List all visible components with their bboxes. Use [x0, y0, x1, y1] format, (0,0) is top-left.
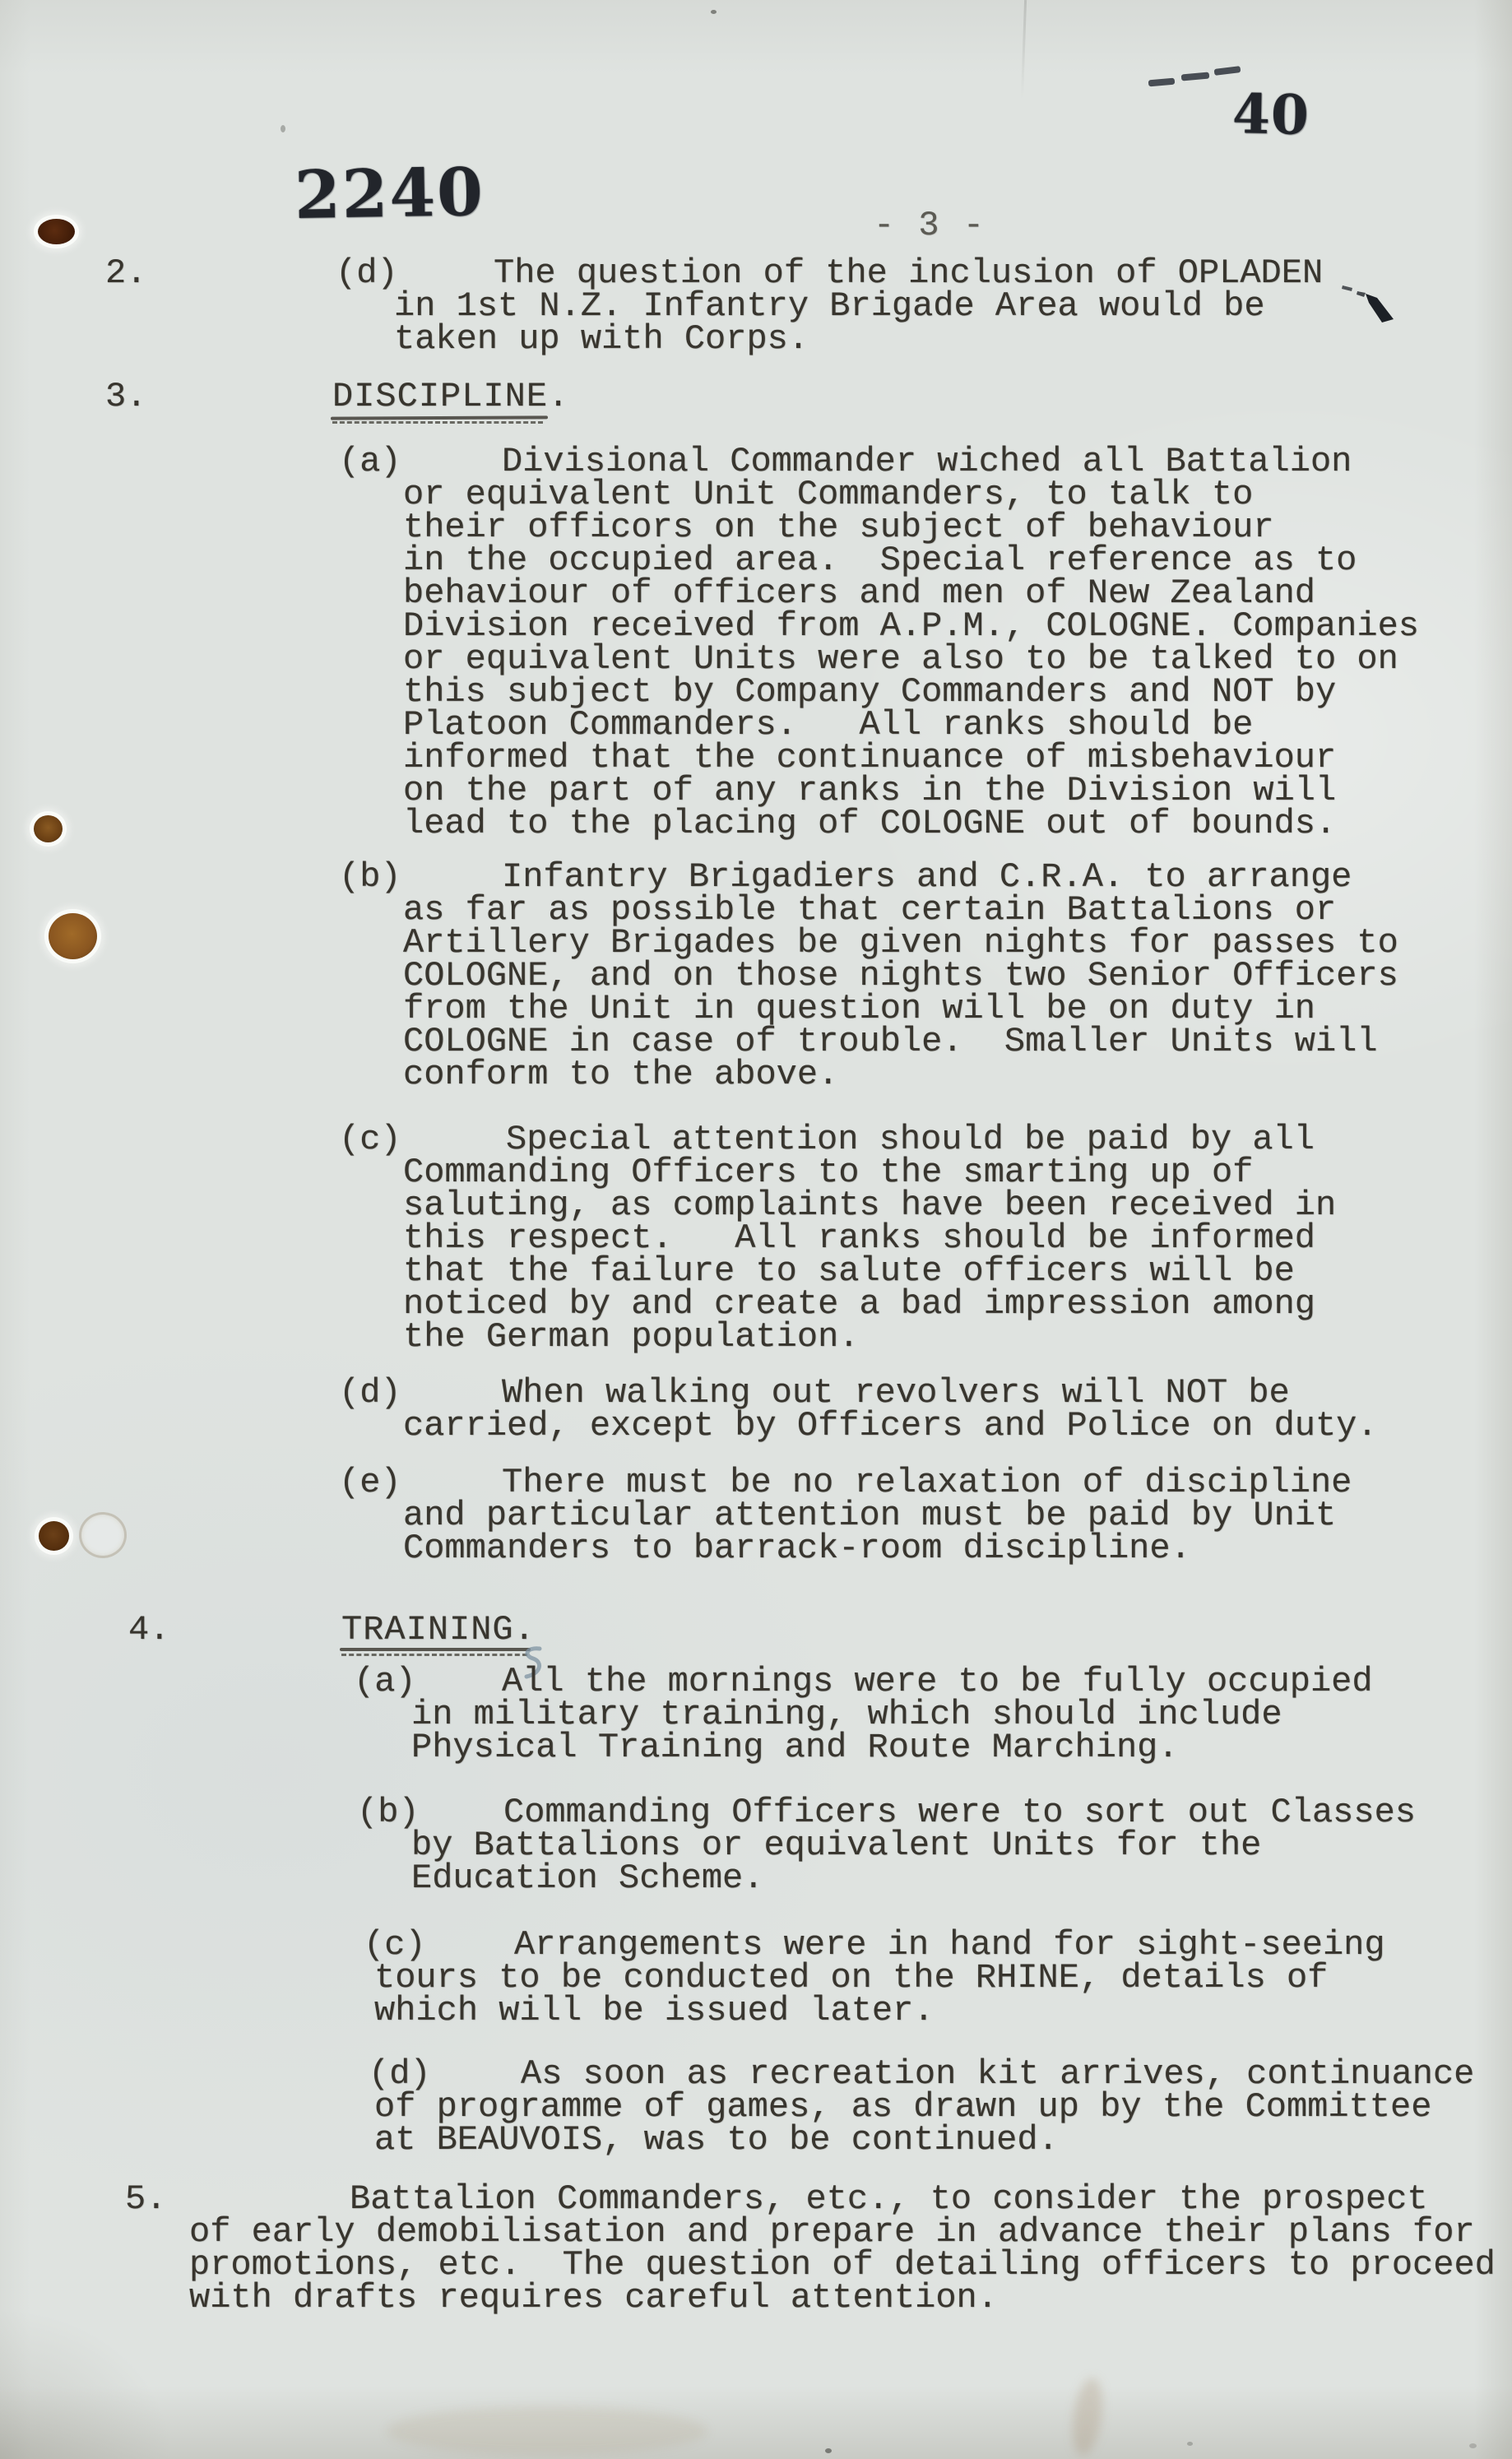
- text-line: of programme of games, as drawn up by th…: [374, 2090, 1474, 2123]
- text-line: on the part of any ranks in the Division…: [403, 774, 1419, 807]
- text-line: informed that the continuance of misbeha…: [403, 741, 1419, 774]
- text-line: at BEAUVOIS, was to be continued.: [374, 2123, 1474, 2156]
- ink-arrow-mark: [1341, 280, 1397, 326]
- text-line: in the occupied area. Special reference …: [403, 544, 1419, 577]
- paragraph: As soon as recreation kit arrives, conti…: [374, 2058, 1474, 2156]
- text-line: in 1st N.Z. Infantry Brigade Area would …: [394, 290, 1323, 322]
- text-line: this subject by Company Commanders and N…: [403, 675, 1419, 708]
- text-line: Special attention should be paid by all: [506, 1123, 1336, 1156]
- text-line: as far as possible that certain Battalio…: [403, 893, 1398, 926]
- page-stamp: 40: [1231, 81, 1310, 147]
- text-line: Commanders to barrack-room discipline.: [403, 1532, 1352, 1565]
- paper-speck: [1469, 2443, 1477, 2448]
- text-line: which will be issued later.: [374, 1994, 1385, 2027]
- section-number: 2.: [105, 257, 146, 290]
- item-label: (a): [354, 1665, 416, 1698]
- text-line: carried, except by Officers and Police o…: [403, 1409, 1378, 1442]
- text-line: by Battalions or equivalent Units for th…: [411, 1829, 1416, 1862]
- paper-smudge: [1069, 2376, 1107, 2457]
- text-line: this respect. All ranks should be inform…: [403, 1222, 1336, 1255]
- paragraph: There must be no relaxation of disciplin…: [403, 1466, 1352, 1565]
- text-line: Platoon Commanders. All ranks should be: [403, 708, 1419, 741]
- paragraph: Commanding Officers were to sort out Cla…: [411, 1796, 1416, 1895]
- text-line: Artillery Brigades be given nights for p…: [403, 926, 1398, 959]
- ring-stain: [79, 1512, 127, 1558]
- text-line: with drafts requires careful attention.: [189, 2281, 1496, 2314]
- ink-stain: [49, 913, 97, 959]
- paper-speck: [281, 125, 285, 132]
- document-number-stamp: 2240: [294, 153, 485, 234]
- heading-underline: [341, 1654, 527, 1656]
- text-line: the German population.: [403, 1320, 1336, 1353]
- ink-stain: [39, 1521, 69, 1551]
- text-line: in military training, which should inclu…: [411, 1698, 1373, 1731]
- section-number: 5.: [125, 2183, 166, 2215]
- item-label: (d): [339, 1376, 401, 1409]
- text-line: Battalion Commanders, etc., to consider …: [350, 2183, 1496, 2215]
- paragraph: Divisional Commander wiched all Battalio…: [403, 445, 1419, 840]
- text-line: or equivalent Units were also to be talk…: [403, 643, 1419, 675]
- paragraph: Special attention should be paid by allC…: [403, 1123, 1336, 1353]
- ink-stain: [34, 815, 63, 842]
- section-number: 3.: [105, 380, 146, 413]
- text-line: from the Unit in question will be on dut…: [403, 992, 1398, 1025]
- text-line: of early demobilisation and prepare in a…: [189, 2215, 1496, 2248]
- text-line: taken up with Corps.: [394, 322, 1323, 355]
- paper-smudge: [387, 2406, 707, 2456]
- scanned-document-page: { "colors": { "paper": "#dfe3e0", "typew…: [0, 0, 1512, 2459]
- text-line: All the mornings were to be fully occupi…: [502, 1665, 1373, 1698]
- paragraph: All the mornings were to be fully occupi…: [411, 1665, 1373, 1764]
- paper-speck: [711, 10, 717, 14]
- paragraph: Arrangements were in hand for sight-seei…: [374, 1928, 1385, 2027]
- pencil-dash-icon: [1181, 72, 1210, 81]
- paper-speck: [825, 2448, 832, 2453]
- text-line: tours to be conducted on the RHINE, deta…: [374, 1961, 1385, 1994]
- text-line: When walking out revolvers will NOT be: [502, 1376, 1378, 1409]
- paragraph: Infantry Brigadiers and C.R.A. to arrang…: [403, 861, 1398, 1091]
- text-line: Division received from A.P.M., COLOGNE. …: [403, 610, 1419, 643]
- text-line: behaviour of officers and men of New Zea…: [403, 577, 1419, 610]
- text-line: noticed by and create a bad impression a…: [403, 1287, 1336, 1320]
- text-line: Arrangements were in hand for sight-seei…: [514, 1928, 1385, 1961]
- text-line: Commanding Officers to the smarting up o…: [403, 1156, 1336, 1189]
- text-line: that the failure to salute officers will…: [403, 1255, 1336, 1287]
- text-line: promotions, etc. The question of detaili…: [189, 2248, 1496, 2281]
- text-line: conform to the above.: [403, 1058, 1398, 1091]
- section-number: 4.: [128, 1613, 169, 1646]
- paragraph: Battalion Commanders, etc., to consider …: [189, 2183, 1496, 2314]
- item-label: (b): [357, 1796, 420, 1829]
- text-line: lead to the placing of COLOGNE out of bo…: [403, 807, 1419, 840]
- text-line: Commanding Officers were to sort out Cla…: [503, 1796, 1416, 1829]
- text-line: COLOGNE in case of trouble. Smaller Unit…: [403, 1025, 1398, 1058]
- pencil-dash-icon: [1148, 78, 1176, 87]
- text-line: COLOGNE, and on those nights two Senior …: [403, 959, 1398, 992]
- text-line: The question of the inclusion of OPLADEN: [494, 257, 1323, 290]
- paper-crease: [1021, 0, 1027, 99]
- item-label: (c): [339, 1123, 401, 1156]
- item-label: (a): [339, 445, 401, 478]
- ink-stain: [38, 219, 75, 244]
- text-line: saluting, as complaints have been receiv…: [403, 1189, 1336, 1222]
- text-line: As soon as recreation kit arrives, conti…: [521, 2058, 1474, 2090]
- text-line: their officors on the subject of behavio…: [403, 511, 1419, 544]
- text-line: Physical Training and Route Marching.: [411, 1731, 1373, 1764]
- item-label: (e): [339, 1466, 401, 1499]
- page-number: - 3 -: [874, 206, 986, 245]
- text-line: Education Scheme.: [411, 1862, 1416, 1895]
- heading-underline: [332, 421, 543, 424]
- text-line: or equivalent Unit Commanders, to talk t…: [403, 478, 1419, 511]
- text-line: and particular attention must be paid by…: [403, 1499, 1352, 1532]
- section-heading: DISCIPLINE.: [332, 380, 569, 413]
- section-heading: TRAINING.: [341, 1613, 536, 1646]
- text-line: Divisional Commander wiched all Battalio…: [502, 445, 1419, 478]
- heading-underline: [340, 1648, 531, 1651]
- text-line: There must be no relaxation of disciplin…: [502, 1466, 1352, 1499]
- heading-underline: [331, 415, 548, 420]
- text-line: Infantry Brigadiers and C.R.A. to arrang…: [502, 861, 1398, 893]
- pencil-dash-icon: [1214, 66, 1241, 76]
- paragraph: The question of the inclusion of OPLADEN…: [394, 257, 1323, 355]
- paper-speck: [1187, 2442, 1193, 2446]
- paragraph: When walking out revolvers will NOT beca…: [403, 1376, 1378, 1442]
- item-label: (d): [336, 257, 398, 290]
- item-label: (b): [339, 861, 401, 893]
